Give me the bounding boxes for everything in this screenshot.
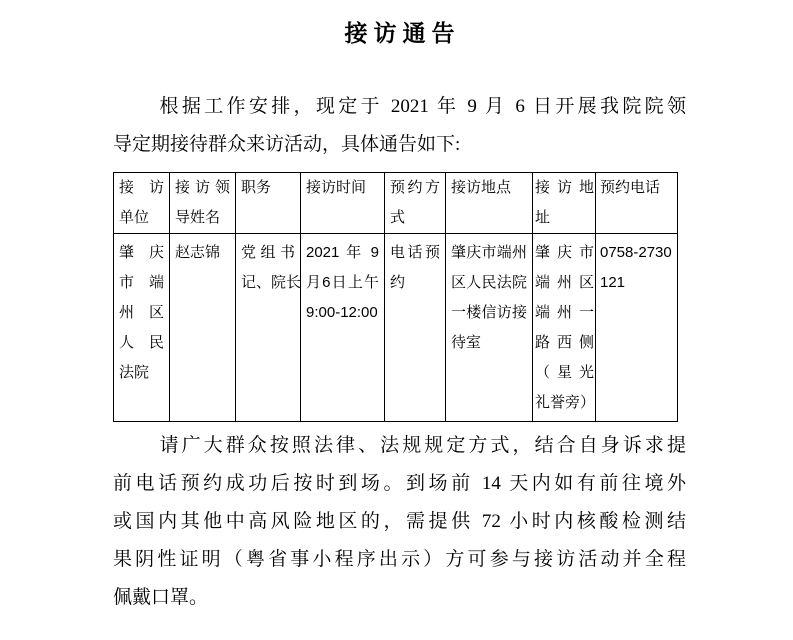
cell-method: 电话预约	[385, 234, 446, 422]
text-line: 路西侧	[535, 328, 594, 358]
text-line: 9:00-12:00	[306, 298, 379, 328]
table-header-row: 接访单位 接访领导姓名 职务 接访时间 预约方式 接访地点 接访地址 预约电话	[114, 173, 678, 234]
text-line: 0758-2730	[600, 238, 674, 268]
text-line: 接访领	[175, 173, 230, 203]
header-cell-unit: 接访单位	[114, 173, 170, 234]
header-cell-phone: 预约电话	[596, 173, 678, 234]
text-line: 请广大群众按照法律、法规规定方式，结合自身诉求提	[113, 427, 686, 465]
text-line: 接访	[119, 173, 164, 203]
text-line: 单位	[119, 203, 164, 233]
text-line: 或国内其他中高风险地区的，需提供 72 小时内核酸检测结	[113, 503, 686, 541]
notice-paragraph: 请广大群众按照法律、法规规定方式，结合自身诉求提前电话预约成功后按时到场。到场前…	[113, 427, 686, 617]
cell-location: 肇庆市端州区人民法院一楼信访接待室	[446, 234, 533, 422]
text-line: 约	[390, 268, 440, 298]
text-line: 根据工作安排，现定于 2021 年 9 月 6 日开展我院院领	[113, 88, 686, 126]
text-line: 人民	[119, 328, 164, 358]
text-line: （星光	[535, 358, 594, 388]
text-line: 法院	[119, 358, 164, 388]
text-line: 式	[390, 203, 440, 233]
document-page: 接访通告 根据工作安排，现定于 2021 年 9 月 6 日开展我院院领导定期接…	[0, 0, 793, 640]
text-line: 肇庆	[119, 238, 164, 268]
text-line: 州区	[119, 298, 164, 328]
text-line: 区人民法院	[451, 268, 527, 298]
text-line: 预约方	[390, 173, 440, 203]
text-line: 121	[600, 268, 674, 298]
text-line: 接访时间	[306, 173, 379, 203]
cell-phone: 0758-2730121	[596, 234, 678, 422]
header-cell-method: 预约方式	[385, 173, 446, 234]
text-line: 2021 年 9	[306, 238, 379, 268]
text-line: 前电话预约成功后按时到场。到场前 14 天内如有前往境外	[113, 465, 686, 503]
cell-position: 党组书记、院长	[236, 234, 301, 422]
header-cell-time: 接访时间	[301, 173, 385, 234]
text-line: 月6日上午	[306, 268, 379, 298]
text-line: 预约电话	[600, 173, 674, 203]
cell-leader: 赵志锦	[170, 234, 236, 422]
text-line: 职务	[241, 173, 295, 203]
text-line: 导定期接待群众来访活动，具体通告如下:	[113, 126, 686, 164]
header-cell-location: 接访地点	[446, 173, 533, 234]
text-line: 电话预	[390, 238, 440, 268]
text-line: 党组书	[241, 238, 295, 268]
text-line: 肇庆市	[535, 238, 594, 268]
text-line: 接访地	[535, 173, 594, 203]
text-line: 址	[535, 203, 594, 233]
text-line: 端州区	[535, 268, 594, 298]
text-line: 导姓名	[175, 203, 230, 233]
text-line: 一楼信访接	[451, 298, 527, 328]
text-line: 记、院长	[241, 268, 295, 298]
page-title: 接访通告	[113, 18, 686, 50]
header-cell-position: 职务	[236, 173, 301, 234]
text-line: 果阴性证明（粤省事小程序出示）方可参与接访活动并全程	[113, 541, 686, 579]
cell-address: 肇庆市端州区端州一路西侧（星光礼誉旁）	[533, 234, 596, 422]
cell-time: 2021 年 9月6日上午9:00-12:00	[301, 234, 385, 422]
header-cell-address: 接访地址	[533, 173, 596, 234]
header-cell-leader: 接访领导姓名	[170, 173, 236, 234]
text-line: 肇庆市端州	[451, 238, 527, 268]
text-line: 佩戴口罩。	[113, 579, 686, 617]
text-line: 礼誉旁）	[535, 388, 594, 418]
text-line: 待室	[451, 328, 527, 358]
text-line: 接访地点	[451, 173, 527, 203]
cell-unit: 肇庆市端州区人民法院	[114, 234, 170, 422]
text-line: 市端	[119, 268, 164, 298]
text-line: 赵志锦	[175, 238, 230, 268]
text-line: 端州一	[535, 298, 594, 328]
reception-schedule-table: 接访单位 接访领导姓名 职务 接访时间 预约方式 接访地点 接访地址 预约电话 …	[113, 172, 678, 422]
table-row: 肇庆市端州区人民法院 赵志锦 党组书记、院长 2021 年 9月6日上午9:00…	[114, 234, 678, 422]
intro-paragraph: 根据工作安排，现定于 2021 年 9 月 6 日开展我院院领导定期接待群众来访…	[113, 88, 686, 164]
